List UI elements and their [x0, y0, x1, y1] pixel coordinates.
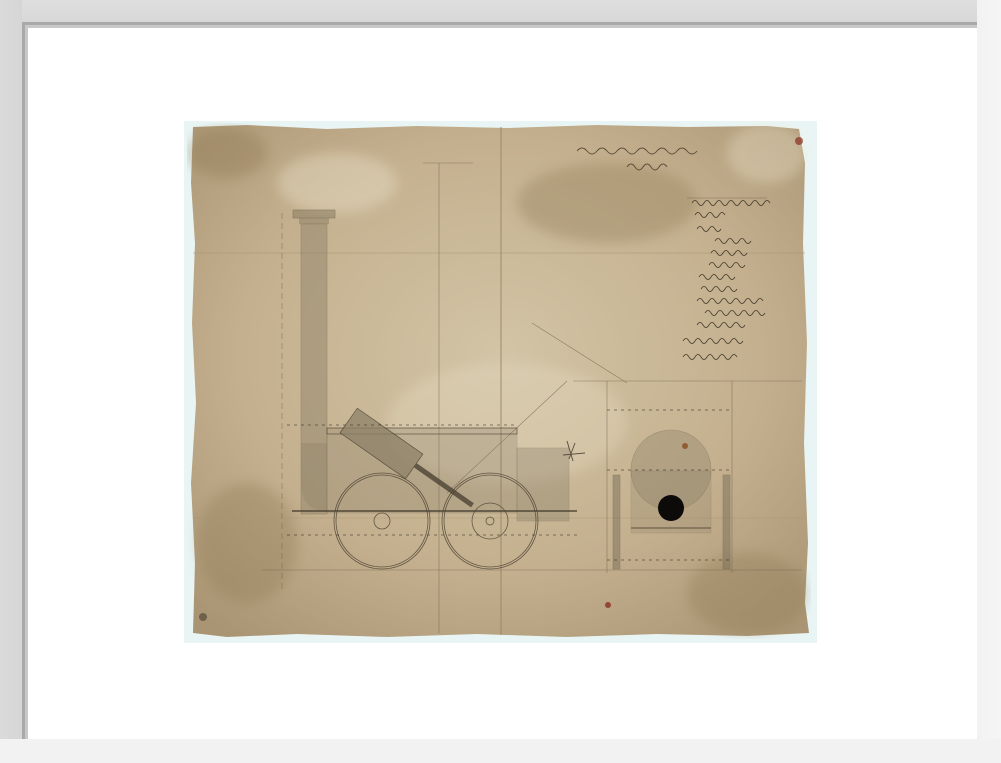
- frame-right-edge: [977, 0, 1001, 763]
- picture-frame: [0, 0, 1001, 763]
- frame-left-edge: [0, 0, 22, 763]
- locomotive-drawing: [187, 123, 811, 639]
- frame-bottom-edge: [0, 739, 1001, 763]
- frame-top-edge: [0, 0, 1001, 22]
